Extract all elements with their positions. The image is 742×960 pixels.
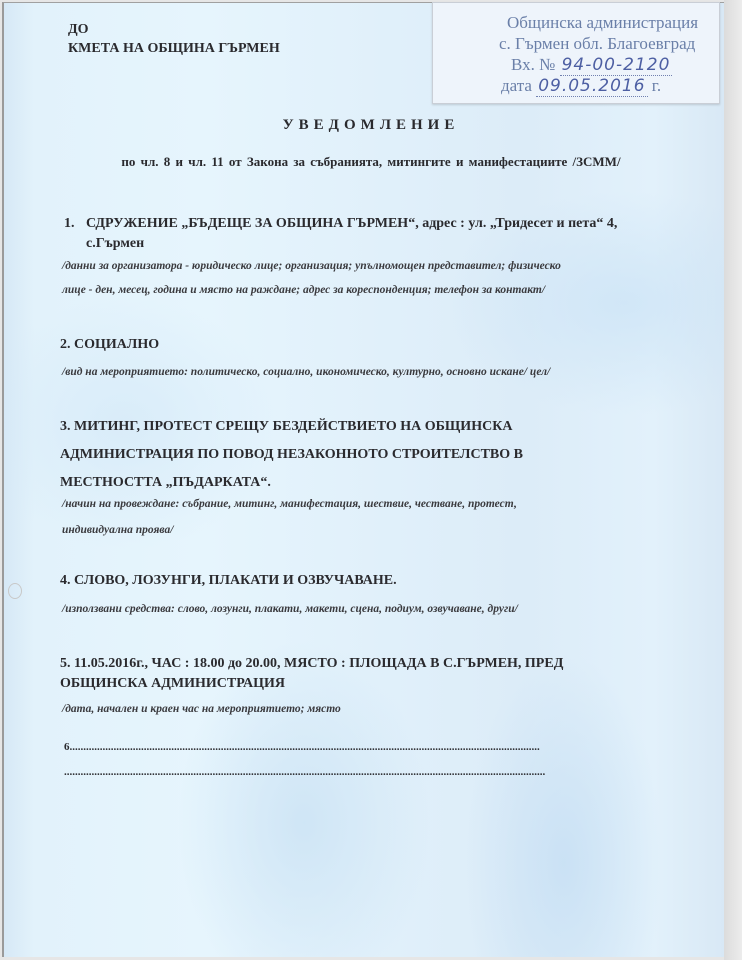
scan-edge [724, 0, 742, 960]
stamp-reg-number: 94-00-2120 [560, 55, 673, 76]
addressee-line-1: ДО [68, 20, 280, 39]
section-3-text-line-2: АДМИНИСТРАЦИЯ ПО ПОВОД НЕЗАКОННОТО СТРОИ… [60, 441, 680, 469]
section-5-text-line-2: ОБЩИНСКА АДМИНИСТРАЦИЯ [60, 674, 680, 694]
section-3-text-line-3: МЕСТНОСТТА „ПЪДАРКАТА“. [60, 469, 680, 497]
section-6-blank-line-1: 6.......................................… [64, 741, 662, 753]
section-1-organizer: 1.СДРУЖЕНИЕ „БЪДЕЩЕ ЗА ОБЩИНА ГЪРМЕН“, а… [60, 214, 680, 254]
stamp-registration: Вх. № 94-00-2120 [511, 55, 672, 75]
section-1-hint-line-1: /данни за организатора - юридическо лице… [62, 260, 682, 272]
section-4-means: 4. СЛОВО, ЛОЗУНГИ, ПЛАКАТИ И ОЗВУЧАВАНЕ. [60, 573, 680, 589]
addressee-block: ДО КМЕТА НА ОБЩИНА ГЪРМЕН [68, 20, 280, 58]
section-5-datetime-place: 5. 11.05.2016г., ЧАС : 18.00 до 20.00, М… [60, 654, 680, 694]
section-2-hint: /вид на мероприятието: политическо, соци… [62, 366, 682, 378]
section-3-hint-line-2: индивидуална проява/ [62, 524, 682, 536]
stamp-reg-label: Вх. № [511, 55, 555, 74]
document-title: УВЕДОМЛЕНИЕ [0, 117, 742, 134]
section-1-number: 1. [64, 214, 86, 234]
section-3-hint-line-1: /начин на провеждане: събрание, митинг, … [62, 498, 682, 510]
section-5-text-line-1: 5. 11.05.2016г., ЧАС : 18.00 до 20.00, М… [60, 654, 680, 674]
section-1-text-line-1: СДРУЖЕНИЕ „БЪДЕЩЕ ЗА ОБЩИНА ГЪРМЕН“, адр… [86, 216, 617, 231]
punch-hole-mark [8, 583, 22, 599]
stamp-date-value: 09.05.2016 [536, 76, 647, 97]
addressee-line-2: КМЕТА НА ОБЩИНА ГЪРМЕН [68, 39, 280, 58]
section-4-hint: /използвани средства: слово, лозунги, пл… [62, 603, 682, 615]
stamp-location: с. Гърмен обл. Благоевград [499, 34, 695, 54]
section-1-text-line-2: с.Гърмен [60, 234, 680, 254]
section-3-method: 3. МИТИНГ, ПРОТЕСТ СРЕЩУ БЕЗДЕЙСТВИЕТО Н… [60, 413, 680, 497]
stamp-date-suffix: г. [652, 76, 661, 95]
document-subtitle: по чл. 8 и чл. 11 от Закона за събраният… [0, 154, 742, 170]
section-3-text-line-1: 3. МИТИНГ, ПРОТЕСТ СРЕЩУ БЕЗДЕЙСТВИЕТО Н… [60, 413, 680, 441]
registration-stamp: Общинска администрация с. Гърмен обл. Бл… [432, 2, 720, 104]
section-2-type: 2. СОЦИАЛНО [60, 337, 680, 353]
section-1-hint-line-2: лице - ден, месец, година и място на раж… [62, 284, 682, 296]
stamp-office: Общинска администрация [507, 13, 698, 33]
section-6-blank-line-2: ........................................… [64, 766, 662, 778]
stamp-date: дата 09.05.2016 г. [501, 76, 661, 96]
stamp-date-label: дата [501, 76, 532, 95]
section-5-hint: /дата, начален и краен час на мероприяти… [62, 703, 682, 715]
